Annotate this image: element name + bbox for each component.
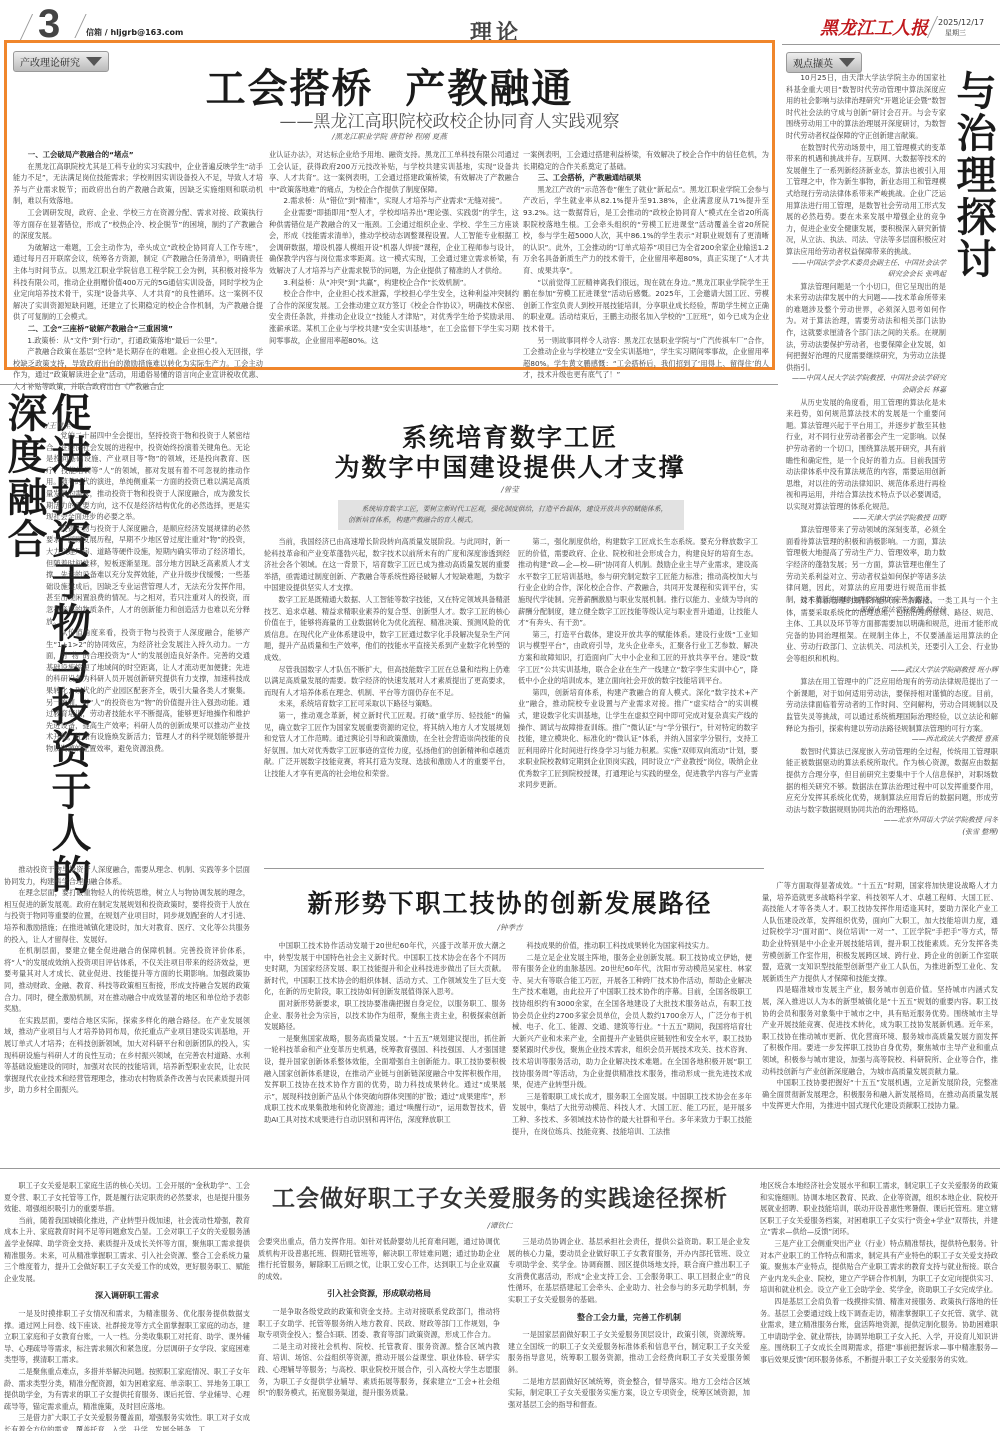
middle-article-col-2: 第二，强化制度供给，构建数字工匠成长生态系统。要充分释放数字工匠的价值，需要政府… xyxy=(518,536,758,791)
paragraph: 在机制层面，要建立健全促进融合的保障机制。完善投资评价体系，将“人”的发展成效纳… xyxy=(4,945,250,1015)
paragraph: 当前，随着我国城镇化推进，产业转型升级加速，社会流动性增强，教育成本上升、家庭教… xyxy=(4,1215,250,1285)
paragraph: 三是着眼职工成长成才，服务职工全面发展。中国职工技术协会在多年发展中，集结了大批… xyxy=(512,1091,752,1137)
bottom-article-col-4: 地区统合本地经济社会发展水平和职工需求，制定职工子女关爱服务的政策和实施细则。协… xyxy=(760,1180,998,1366)
paragraph: 未来，系统培育数字工匠可采取以下路径与策略。 xyxy=(264,698,510,710)
paragraph: 数字工匠是既精通大数据、人工智能等数字技能，又在特定领域具备精湛技艺、追求卓越、… xyxy=(264,594,510,664)
featured-col-3: 一案例表明，工会通过搭建利益桥梁，有效解决了校企合作中的信任危机，为长期稳定的合… xyxy=(523,149,769,381)
viewpoint-paragraph: 在数智时代劳动场景中，用工管理模式的变革带来的机遇和挑战并存。互联网、大数据等技… xyxy=(786,142,946,258)
paragraph: 职工子女关爱是职工家庭生活的核心关切。工会开展的“金秋助学”、工会夏令营、职工子… xyxy=(4,1180,250,1215)
lower-article-col-3: 广等方面取得显著成效。“十五五”时期，国家将加快建设战略人才力量，培养造就更多战… xyxy=(762,880,998,1112)
paragraph: 中国职工技协要把握好“十五五”发展机遇，立足新发展阶段，完整准确全面贯彻新发展理… xyxy=(762,1077,998,1112)
right-sidebar-body-wide: 对于算法管理的规制不能只有一条路径、一类工具与一个主体，需要采取系统化的治理思维… xyxy=(786,595,998,838)
middle-article-byline: /曾莹 xyxy=(260,484,760,495)
paragraph: 面对新形势新要求，职工技协要准确把握自身定位，以服务职工、服务企业、服务社会为宗… xyxy=(264,998,506,1033)
paragraph: 第四，创新培育体系，构建产教融合的育人模式。深化“数字技术+产业”融合，推动院校… xyxy=(518,687,758,791)
paragraph: 为破解这一难题，工会主动作为，牵头成立“政校企协同育人工作专班”，通过每月召开联… xyxy=(13,242,263,323)
tag-viewpoints: 观点撷英 xyxy=(786,52,862,73)
left-article-body: 党的二十届四中全会提出，坚持投资于物和投资于人紧密结合。在经济社会发展的进程中，… xyxy=(46,430,250,755)
paragraph: 四是瞄准城市发展主产业，服务城市创造价值。坚持城市内涵式发展，深入推进以人为本的… xyxy=(762,984,998,1077)
middle-article-title-line2: 为数字中国建设提供人才支撑 xyxy=(260,448,760,484)
featured-col-1: 一、工会破局产教融合的“堵点”在黑龙江高职院校尤其是工科专业的实习实践中，企业普… xyxy=(13,149,263,392)
paragraph: 黑龙江产改的“示范答卷”催生了就业“新起点”。黑龙江职业学院工会参与产改后，学生… xyxy=(523,184,769,277)
weekday: 星期三 xyxy=(945,28,966,38)
viewpoint-paragraph: 算法在用工管理中的广泛应用给现有的劳动法律规范提出了一个新课题，对于如何适用劳动… xyxy=(786,676,998,734)
lower-article-col-1: 中国职工技术协作活动发端于20世纪60年代，兴盛于改革开放大潮之中，转型发展于中… xyxy=(264,940,506,1126)
divider-2 xyxy=(264,868,764,869)
section-heading: 三、工会搭桥，产教融通结硕果 xyxy=(523,172,769,184)
right-sidebar-body: 10月25日，由天津大学法学院主办的国家社科基金重大项目“数智时代劳动管理中算法… xyxy=(786,72,946,617)
lower-article-byline: /钟季吉 xyxy=(260,922,760,933)
viewpoint-signature: ——中国法学会学术委员会副主任、中国社会法学研究会会长 张鸣起 xyxy=(786,258,946,281)
paragraph: 业认证办法》，对达标企业给予用地、融资支持。黑龙江工单科技有限公司通过工会认证，… xyxy=(269,149,519,195)
section-heading: 整合工会力量，完善工作机制 xyxy=(508,1312,750,1324)
paragraph: 会要突出重点，借力发挥作用。如针对低龄婴幼儿托育难问题，通过协调优质机构开设普惠… xyxy=(258,1236,500,1282)
bottom-article-byline: /谭钦仁 xyxy=(250,1220,750,1231)
paragraph: 三是产业工会侧重突出产业（行业）特点精准帮扶，提供特色服务。针对本产业职工的工作… xyxy=(760,1238,998,1296)
paragraph: 党的二十届四中全会提出，坚持投资于物和投资于人紧密结合。在经济社会发展的进程中，… xyxy=(46,430,250,523)
paragraph: 另一则故事同样令人动容：黑龙江农垦职业学院与“广汽传祺车厂”合作，工会推动企业与… xyxy=(523,335,769,381)
paragraph: 科技成果的价值，推动职工科技成果转化为国家科技实力。 xyxy=(512,940,752,952)
section-heading: 一、工会破局产教融合的“堵点” xyxy=(13,149,263,161)
paragraph: 当前，我国经济已由高速增长阶段转向高质量发展阶段。与此同时，新一轮科技革命和产业… xyxy=(264,536,510,594)
paper-logo: 黑龙江工人报 xyxy=(820,14,928,40)
paragraph: 第三，打造平台载体，建设开放共享的赋能体系。建设行业级“工业知识与模型平台”，由… xyxy=(518,629,758,687)
divider-3 xyxy=(0,1168,1000,1169)
paragraph: 二是立足企业发展主阵地，服务企业创新发展。职工技协成立伊始，便带有服务企业的血脉… xyxy=(512,952,752,1091)
paragraph: “以前觉得工匠精神离我们很远，现在就在身边。”黑龙江职业学院学生王鹏在参加“劳模… xyxy=(523,277,769,335)
paragraph: 一是及时摸排职工子女情况和需求，为精准服务、优化服务提供数据支撑。通过网上问卷、… xyxy=(4,1308,250,1366)
paragraph: 投资于物与投资于人深度融合，是顺应经济发展规律的必然要求。回顾发展历程，早期不少… xyxy=(46,523,250,627)
viewpoint-paragraph: 10月25日，由天津大学法学院主办的国家社科基金重大项目“数智时代劳动管理中算法… xyxy=(786,72,946,142)
paragraph: 三是动员协调企业、基层承担社会责任，提供公益资助。职工是企业发展的核心力量，要动… xyxy=(508,1236,750,1306)
page-number: 3 xyxy=(38,4,60,44)
lower-article-col-2: 科技成果的价值，推动职工科技成果转化为国家科技实力。二是立足企业发展主阵地，服务… xyxy=(512,940,752,1137)
paragraph: 第一，推动观念革新，树立新时代工匠观。打破“重学历、轻技能”的偏见，确立数字工匠… xyxy=(264,710,510,780)
paragraph: 3.利益桥：从“冲突”到“共赢”，构建校企合作“长效机制”。 xyxy=(269,277,519,289)
paragraph: 一是争取各级党政的政策和资金支持。主动对接联系党政部门，推动将职工子女助学、托管… xyxy=(258,1306,500,1341)
bottom-article-col-3: 三是动员协调企业、基层承担社会责任，提供公益资助。职工是企业发展的核心力量，要动… xyxy=(508,1236,750,1410)
featured-subtitle: ——黑龙江高职院校政校企协同育人实践观察 xyxy=(7,107,772,132)
featured-title: 工会搭桥 产教融通 xyxy=(7,57,772,114)
bottom-article-title: 工会做好职工子女关爱服务的实践途径探析 xyxy=(250,1180,750,1213)
paragraph: 三是借力扩大职工子女关爱服务覆盖面，增强服务实效性。职工对子女成长有着全方位的需… xyxy=(4,1412,250,1431)
down-arrow-icon xyxy=(839,58,855,67)
section-heading: 二、工会“三座桥”破解产教融合“三重困境” xyxy=(13,323,263,335)
bottom-article-col-2: 会要突出重点，借力发挥作用。如针对低龄婴幼儿托育难问题，通过协调优质机构开设普惠… xyxy=(258,1236,500,1399)
divider-1 xyxy=(0,384,778,385)
section-heading: 引入社会资源，形成联动格局 xyxy=(258,1288,500,1300)
viewpoint-paragraph: 算法管理问题是一个小切口，但它呈现出的是未来劳动法律发展中的大问题——技术革命所… xyxy=(786,281,946,374)
paragraph: 中国职工技术协作活动发端于20世纪60年代，兴盛于改革开放大潮之中，转型发展于中… xyxy=(264,940,506,998)
paragraph: 第二，强化制度供给，构建数字工匠成长生态系统。要充分释放数字工匠的价值，需要政府… xyxy=(518,536,758,629)
paragraph: 产教融合政策在基层“空转”是长期存在的难题。企业担心投入无回报，学校缺乏政策支持… xyxy=(13,346,263,392)
viewpoint-paragraph: 算法管理带来了劳动领域的深刻变革，必须全面看待算法管理的积极和消极影响。一方面，… xyxy=(786,524,946,605)
featured-col-2: 业认证办法》，对达标企业给予用地、融资支持。黑龙江工单科技有限公司通过工会认证，… xyxy=(269,149,519,346)
featured-article-box: 产改理论研究 工会搭桥 产教融通 ——黑龙江高职院校政校企协同育人实践观察 /黑… xyxy=(4,40,775,370)
page-number-slash-right xyxy=(74,14,86,38)
paragraph: 校企合作中，企业担心技术泄露，学校担心学生安全，这种利益冲突制约了合作的深度发展… xyxy=(269,288,519,346)
email-label: 信箱 / hljgrb@163.com xyxy=(86,27,183,38)
viewpoint-signature: ——武汉大学法学院副教授 班小辉 xyxy=(786,665,998,677)
paragraph: 四是基层工会肩负着一线摸排实情、精准对接服务、政策执行落地的任务。基层工会要通过… xyxy=(760,1296,998,1366)
viewpoint-signature: ——中国人民大学法学院教授、中国社会法学研究会副会长 林嘉 xyxy=(786,373,946,396)
paragraph: 1.政策桥：从“文件”到“行动”，打通政策落地“最后一公里”。 xyxy=(13,335,263,347)
paragraph: 在实践层面，要结合地区实际，探索多样化的融合路径。在产业发展领域，推动产业项目与… xyxy=(4,1015,250,1096)
paragraph: 企业需要“即插即用”型人才，学校却培养出“理论强、实践弱”的学生，这种供需错位是… xyxy=(269,207,519,277)
paragraph: 一是国家层面做好职工子女关爱服务顶层设计，政策引领，资源统筹。建立全国统一的职工… xyxy=(508,1329,750,1375)
viewpoint-signature: (张雪 整理) xyxy=(786,827,998,839)
date-slash xyxy=(927,16,938,38)
page-number-slash-left xyxy=(20,14,33,40)
date: 2025/12/17 xyxy=(938,18,984,27)
masthead: 3 信箱 / hljgrb@163.com 理论 黑龙江工人报 2025/12/… xyxy=(0,0,1000,40)
paragraph: 一是聚焦国家战略，服务高质量发展。“十五五”规划建议提出，抓住新一轮科技革命和产… xyxy=(264,1033,506,1126)
section-heading: 深入调研职工需求 xyxy=(4,1290,250,1302)
middle-article-summary: 系统培育数字工匠，要树立新时代工匠观，强化制度供给，打造平台载体，建设开放共享的… xyxy=(338,500,684,530)
viewpoint-paragraph: 从历史发展的角度看，用工管理的算法化是未来趋势，如何规范算法技术的发展是一个重要… xyxy=(786,397,946,513)
paragraph: 推动投资于物与投资于人深度融合，需要从理念、机制、实践等多个层面协同发力，构建科… xyxy=(4,864,250,887)
paragraph: 广等方面取得显著成效。“十五五”时期，国家将加快建设战略人才力量，培养造就更多战… xyxy=(762,880,998,984)
paragraph: 二是聚焦重点难点，多措并举解决问题。按照职工家庭情况、职工子女年龄、需求类型分类… xyxy=(4,1366,250,1412)
paragraph: 一案例表明，工会通过搭建利益桥梁，有效解决了校企合作中的信任危机，为长期稳定的合… xyxy=(523,149,769,172)
paragraph: 在理念层面，要打破重物轻人的传统思维，树立人与物协调发展的理念，相互促进的新发展… xyxy=(4,887,250,945)
bottom-article-col-1: 职工子女关爱是职工家庭生活的核心关切。工会开展的“金秋助学”、工会夏令营、职工子… xyxy=(4,1180,250,1431)
paragraph: 二是地方层面做好区域统筹，资金整合，督导落实。地方工会结合区域实际，制定职工子女… xyxy=(508,1376,750,1411)
paragraph: 工会调研发现，政府、企业、学校三方在资源分配、需求对接、政策执行等方面存在显著错… xyxy=(13,207,263,242)
featured-byline: /黑龙江职业学院 唐哲钟 程刚 夏燕 xyxy=(7,131,772,142)
viewpoint-signature: ——西北政法大学教授 曹燕 xyxy=(786,734,998,746)
viewpoint-paragraph: 数智时代算法已深度嵌入劳动管理的全过程，传统用工管理职能正被数据驱动的算法系统所… xyxy=(786,746,998,816)
paragraph: 从价值角度来看，投资于物与投资于人深度融合，能够产生“1+1>2”的协同效应，为… xyxy=(46,627,250,755)
viewpoint-signature: ——天津大学法学院教授 田野 xyxy=(786,513,946,525)
tag-label: 观点撷英 xyxy=(793,55,833,70)
lower-article-title: 新形势下职工技协的创新发展路径 xyxy=(260,884,760,920)
paragraph: 在黑龙江高职院校尤其是工科专业的实习实践中，企业普遍反映学生“动手能力不足”，无… xyxy=(13,161,263,207)
paragraph: 2.需求桥：从“错位”到“精准”，实现人才培养与产业需求“无缝对接”。 xyxy=(269,195,519,207)
paragraph: 地区统合本地经济社会发展水平和职工需求，制定职工子女关爱服务的政策和实施细则。协… xyxy=(760,1180,998,1238)
middle-article-col-1: 当前，我国经济已由高速增长阶段转向高质量发展阶段。与此同时，新一轮科技革命和产业… xyxy=(264,536,510,779)
right-sidebar-vertical-title: 劳动用工中算法应用的影响与治理探讨 xyxy=(950,70,1000,590)
left-article-body-wide: 推动投资于物与投资于人深度融合，需要从理念、机制、实践等多个层面协同发力，构建科… xyxy=(4,864,250,1096)
right-sidebar-top-rule xyxy=(782,44,1000,45)
viewpoint-signature: ——北京外国语大学法学院教授 闫冬 xyxy=(786,815,998,827)
paragraph: 尽管我国数字人才队伍不断扩大，但高技能数字工匠在总量和结构上仍难以满足高质量发展… xyxy=(264,664,510,699)
viewpoint-paragraph: 对于算法管理的规制不能只有一条路径、一类工具与一个主体，需要采取系统化的治理思维… xyxy=(786,595,998,665)
paragraph: 二是主动对接社会机构、院校、托管教育、服务资源。整合区域内教育、培训、场馆、公益… xyxy=(258,1341,500,1399)
